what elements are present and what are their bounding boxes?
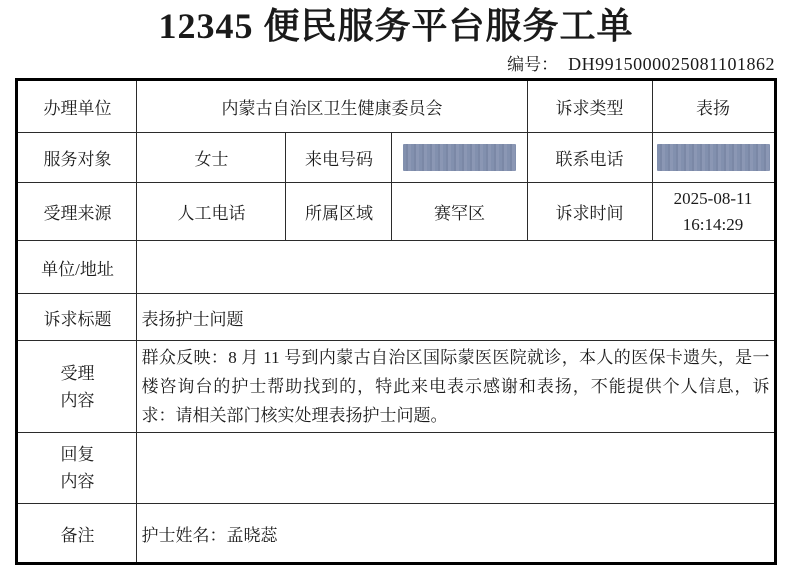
- doc-number: 编号： DH9915000025081101862: [17, 50, 775, 76]
- label-caller-number: 来电号码: [286, 133, 392, 183]
- label-appeal-time: 诉求时间: [527, 183, 652, 241]
- table-row: 办理单位 内蒙古自治区卫生健康委员会 诉求类型 表扬: [17, 80, 775, 133]
- value-appeal-title: 表扬护士问题: [137, 294, 775, 341]
- doc-number-value: DH9915000025081101862: [568, 54, 775, 75]
- label-handling-unit: 办理单位: [17, 80, 137, 133]
- label-contact-phone: 联系电话: [527, 133, 652, 183]
- label-remarks: 备注: [17, 504, 137, 564]
- value-acceptance-source: 人工电话: [137, 183, 286, 241]
- table-row: 诉求标题 表扬护士问题: [17, 294, 775, 341]
- label-acceptance-content: 受理 内容: [17, 341, 137, 433]
- table-row: 回复 内容: [17, 433, 775, 504]
- table-row: 服务对象 女士 来电号码 联系电话: [17, 133, 775, 183]
- value-appeal-type: 表扬: [652, 80, 775, 133]
- value-caller-number: [392, 133, 527, 183]
- redacted-contact-phone-block: [657, 144, 770, 171]
- work-order-page: 12345 便民服务平台服务工单 编号： DH99150000250811018…: [0, 4, 792, 572]
- label-unit-address: 单位/地址: [17, 241, 137, 294]
- label-appeal-type: 诉求类型: [527, 80, 652, 133]
- table-row: 受理来源 人工电话 所属区域 赛罕区 诉求时间 2025-08-11 16:14…: [17, 183, 775, 241]
- work-order-table: 办理单位 内蒙古自治区卫生健康委员会 诉求类型 表扬 服务对象 女士 来电号码 …: [15, 78, 776, 565]
- label-service-target: 服务对象: [17, 133, 137, 183]
- value-unit-address: [137, 241, 775, 294]
- redacted-caller-number-block: [403, 144, 516, 171]
- table-row: 备注 护士姓名：孟晓蕊: [17, 504, 775, 564]
- label-appeal-title: 诉求标题: [17, 294, 137, 341]
- table-row: 单位/地址: [17, 241, 775, 294]
- label-reply-content: 回复 内容: [17, 433, 137, 504]
- value-service-target: 女士: [137, 133, 286, 183]
- doc-number-label: 编号：: [507, 50, 558, 75]
- value-handling-unit: 内蒙古自治区卫生健康委员会: [137, 80, 527, 133]
- value-reply-content: [137, 433, 775, 504]
- page-title: 12345 便民服务平台服务工单: [0, 4, 792, 48]
- label-district: 所属区域: [286, 183, 392, 241]
- label-acceptance-source: 受理来源: [17, 183, 137, 241]
- value-acceptance-content: 群众反映：8 月 11 号到内蒙古自治区国际蒙医医院就诊，本人的医保卡遗失，是一…: [137, 341, 775, 433]
- value-appeal-time: 2025-08-11 16:14:29: [652, 183, 775, 241]
- value-district: 赛罕区: [392, 183, 527, 241]
- table-row: 受理 内容 群众反映：8 月 11 号到内蒙古自治区国际蒙医医院就诊，本人的医保…: [17, 341, 775, 433]
- value-contact-phone: [652, 133, 775, 183]
- value-remarks: 护士姓名：孟晓蕊: [137, 504, 775, 564]
